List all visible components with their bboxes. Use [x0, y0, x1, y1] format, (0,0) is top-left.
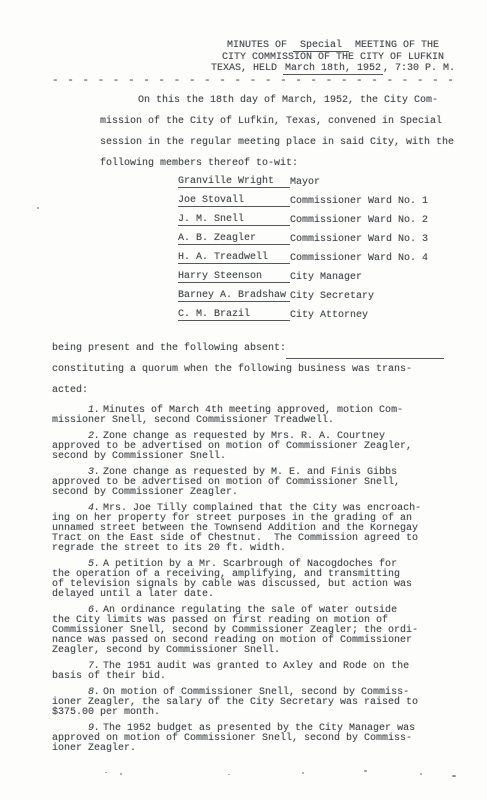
item-text: Mrs. Joe Tilly complained that the City … — [52, 503, 421, 554]
member-title: Commissioner Ward No. 4 — [290, 254, 428, 264]
document-header: MINUTES OF Special MEETING OF THE CITY C… — [200, 40, 466, 75]
member-row-city-secretary: Barney A. BradshawCity Secretary — [178, 291, 462, 310]
absent-line: being present and the following absent: — [52, 338, 462, 359]
member-title: Mayor — [290, 178, 320, 188]
item-text: The 1951 audit was granted to Axley and … — [52, 661, 409, 682]
member-name: C. M. Brazil — [178, 310, 290, 321]
member-name: H. A. Treadwell — [178, 253, 290, 264]
scan-speck — [302, 772, 304, 774]
minutes-item-5: 5.A petition by a Mr. Scarbrough of Naco… — [52, 560, 462, 600]
member-row-ward4: H. A. TreadwellCommissioner Ward No. 4 — [178, 253, 462, 272]
member-row-ward3: A. B. ZeaglerCommissioner Ward No. 3 — [178, 234, 462, 253]
item-text: On motion of Commissioner Snell, second … — [52, 687, 418, 718]
header-line1-prefix: MINUTES OF — [227, 40, 287, 51]
minutes-item-6: 6.An ordinance regulating the sale of wa… — [52, 606, 462, 656]
meeting-type-blank: Special — [293, 40, 349, 52]
minutes-item-1: 1.Minutes of March 4th meeting approved,… — [52, 406, 462, 426]
member-title: Commissioner Ward No. 2 — [290, 216, 428, 226]
scan-speck — [120, 773, 122, 775]
item-text: Zone change as requested by Mrs. R. A. C… — [52, 431, 412, 462]
minutes-item-2: 2.Zone change as requested by Mrs. R. A.… — [52, 432, 462, 462]
member-row-ward2: J. M. SnellCommissioner Ward No. 2 — [178, 215, 462, 234]
item-text: Zone change as requested by M. E. and Fi… — [52, 467, 400, 498]
minutes-item-8: 8.On motion of Commissioner Snell, secon… — [52, 688, 462, 718]
member-name: J. M. Snell — [178, 215, 290, 226]
member-list: Granville WrightMayor Joe StovallCommiss… — [178, 177, 462, 329]
absent-line-text: being present and the following absent: — [52, 343, 286, 354]
scanned-minutes-page: MINUTES OF Special MEETING OF THE CITY C… — [0, 0, 487, 800]
member-name: Harry Steenson — [178, 272, 290, 283]
scan-speck — [420, 773, 422, 775]
quorum-continuation: constituting a quorum when the following… — [52, 359, 462, 401]
member-row-city-attorney: C. M. BrazilCity Attorney — [178, 310, 462, 329]
member-title: City Manager — [290, 273, 362, 283]
scan-speck — [228, 774, 230, 775]
member-name: Granville Wright — [178, 177, 290, 188]
item-text: An ordinance regulating the sale of wate… — [52, 605, 418, 656]
scan-speck — [452, 775, 456, 777]
dashed-separator: - - - - - - - - - - - - - - - - - - - - … — [52, 74, 458, 88]
member-name: Barney A. Bradshaw — [178, 291, 290, 302]
header-line3-suffix: , 7:30 P. M. — [383, 63, 455, 74]
quorum-statement: being present and the following absent: … — [52, 338, 462, 401]
member-row-mayor: Granville WrightMayor — [178, 177, 462, 196]
document-body: On this the 18th day of March, 1952, the… — [52, 90, 462, 760]
item-text: A petition by a Mr. Scarbrough of Nacogd… — [52, 559, 412, 600]
absent-names-blank — [286, 348, 444, 359]
member-title: City Secretary — [290, 292, 374, 302]
scan-speck — [37, 207, 39, 209]
header-line1-suffix: MEETING OF THE — [355, 40, 439, 51]
member-name: A. B. Zeagler — [178, 234, 290, 245]
item-text: The 1952 budget as presented by the City… — [52, 723, 415, 754]
minutes-item-7: 7.The 1951 audit was granted to Axley an… — [52, 662, 462, 682]
member-title: Commissioner Ward No. 1 — [290, 197, 428, 207]
intro-paragraph: On this the 18th day of March, 1952, the… — [100, 90, 462, 174]
header-line-1: MINUTES OF Special MEETING OF THE — [200, 40, 466, 52]
header-line-2: CITY COMMISSION OF THE CITY OF LUFKIN — [200, 52, 466, 63]
minutes-item-4: 4.Mrs. Joe Tilly complained that the Cit… — [52, 504, 462, 554]
member-row-ward1: Joe StovallCommissioner Ward No. 1 — [178, 196, 462, 215]
minutes-item-3: 3.Zone change as requested by M. E. and … — [52, 468, 462, 498]
scan-speck — [105, 772, 107, 773]
member-title: Commissioner Ward No. 3 — [290, 235, 428, 245]
item-text: Minutes of March 4th meeting approved, m… — [52, 405, 403, 426]
member-row-city-manager: Harry SteensonCity Manager — [178, 272, 462, 291]
minutes-item-9: 9.The 1952 budget as presented by the Ci… — [52, 724, 462, 754]
minutes-items: 1.Minutes of March 4th meeting approved,… — [52, 406, 462, 754]
member-name: Joe Stovall — [178, 196, 290, 207]
scan-speck — [364, 770, 367, 772]
member-title: City Attorney — [290, 311, 368, 321]
header-line3-prefix: TEXAS, HELD — [211, 63, 277, 74]
